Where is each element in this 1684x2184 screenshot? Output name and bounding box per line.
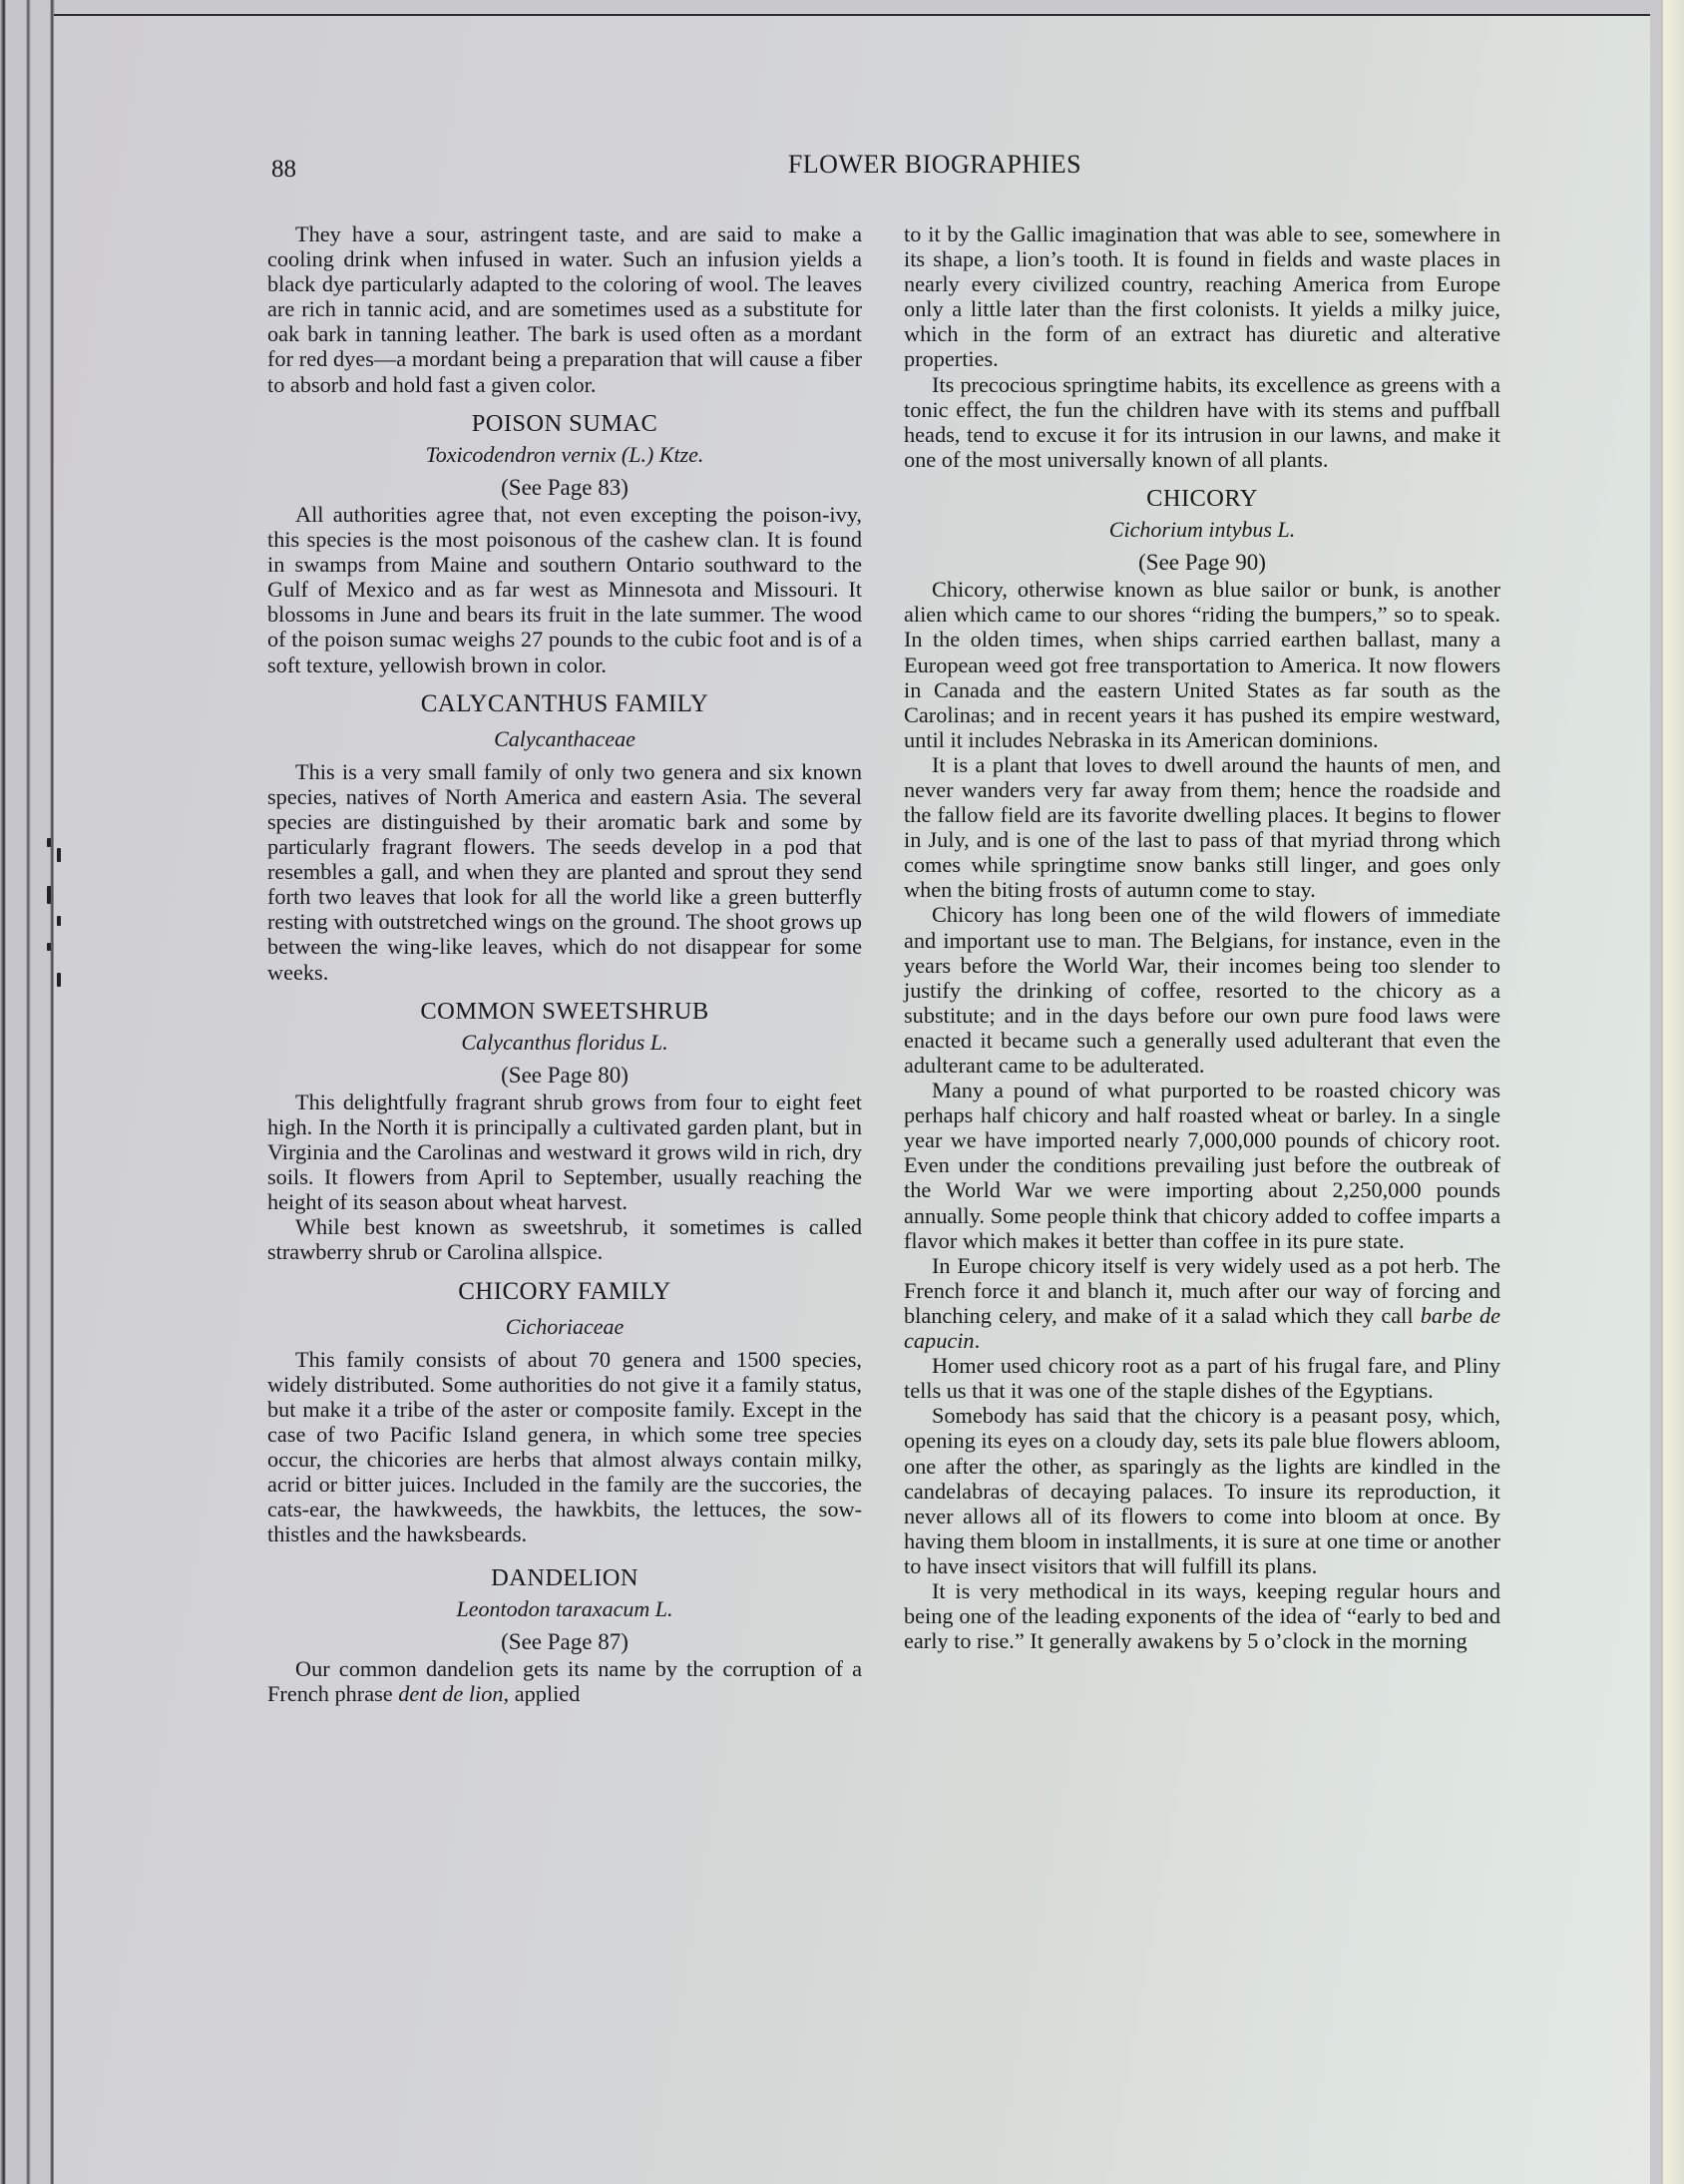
paragraph: While best known as sweetshrub, it somet…: [267, 1214, 862, 1264]
ink-speck: [57, 916, 61, 926]
ink-speck: [57, 973, 61, 987]
see-page-reference: (See Page 87): [267, 1629, 862, 1654]
paragraph: Chicory has long been one of the wild fl…: [904, 902, 1500, 1078]
paragraph: Chicory, otherwise known as blue sailor …: [904, 577, 1500, 752]
paragraph: Our common dandelion gets its name by th…: [267, 1656, 862, 1706]
left-column: They have a sour, astringent taste, and …: [267, 221, 862, 1706]
paragraph: All authorities agree that, not even exc…: [267, 502, 862, 677]
section-heading: COMMON SWEETSHRUB: [267, 999, 862, 1024]
ink-speck: [57, 848, 61, 862]
text-run: .: [975, 1328, 981, 1353]
section-calycanthus-family: CALYCANTHUS FAMILY Calycanthaceae This i…: [267, 691, 862, 985]
italic-phrase: dent de lion: [398, 1681, 503, 1706]
right-column: to it by the Gallic imagination that was…: [904, 221, 1500, 1653]
family-heading: CHICORY FAMILY: [267, 1279, 862, 1304]
ink-speck: [47, 838, 51, 847]
paragraph: This is a very small family of only two …: [267, 759, 862, 985]
ink-speck: [47, 943, 51, 951]
section-chicory-family: CHICORY FAMILY Cichoriaceae This family …: [267, 1279, 862, 1547]
ink-speck: [47, 886, 51, 904]
paragraph-continued: to it by the Gallic imagination that was…: [904, 221, 1500, 372]
see-page-reference: (See Page 83): [267, 475, 862, 500]
paragraph: In Europe chicory itself is very widely …: [904, 1253, 1500, 1353]
paragraph: It is a plant that loves to dwell around…: [904, 752, 1500, 903]
paragraph: Somebody has said that the chicory is a …: [904, 1403, 1500, 1578]
book-title: FLOWER BIOGRAPHIES: [271, 150, 1508, 180]
paragraph: This delightfully fragrant shrub grows f…: [267, 1090, 862, 1214]
section-poison-sumac: POISON SUMAC Toxicodendron vernix (L.) K…: [267, 411, 862, 677]
scientific-name: Cichorium intybus L.: [904, 517, 1500, 542]
paragraph: This family consists of about 70 genera …: [267, 1347, 862, 1547]
family-heading: CALYCANTHUS FAMILY: [267, 691, 862, 716]
paragraph: It is very methodical in its ways, keepi…: [904, 1578, 1500, 1653]
see-page-reference: (See Page 80): [267, 1063, 862, 1088]
paragraph: Homer used chicory root as a part of his…: [904, 1353, 1500, 1403]
section-heading: POISON SUMAC: [267, 411, 862, 436]
scientific-name: Calycanthaceae: [267, 726, 862, 751]
stacked-page-edges: [0, 0, 56, 2184]
text-run: In Europe chicory itself is very widely …: [904, 1253, 1500, 1328]
paragraph: Its precocious springtime habits, its ex…: [904, 372, 1500, 472]
facing-page-edge: [1661, 0, 1684, 2184]
scientific-name: Toxicodendron vernix (L.) Ktze.: [267, 442, 862, 467]
see-page-reference: (See Page 90): [904, 550, 1500, 575]
running-head: 88 FLOWER BIOGRAPHIES: [271, 150, 1508, 190]
text-run: , applied: [504, 1681, 581, 1706]
scientific-name: Leontodon taraxacum L.: [267, 1596, 862, 1621]
section-common-sweetshrub: COMMON SWEETSHRUB Calycanthus floridus L…: [267, 999, 862, 1265]
section-heading: CHICORY: [904, 486, 1500, 511]
section-dandelion: DANDELION Leontodon taraxacum L. (See Pa…: [267, 1565, 862, 1706]
section-chicory: CHICORY Cichorium intybus L. (See Page 9…: [904, 486, 1500, 1653]
scientific-name: Calycanthus floridus L.: [267, 1030, 862, 1055]
section-heading: DANDELION: [267, 1565, 862, 1590]
scientific-name: Cichoriaceae: [267, 1314, 862, 1339]
paragraph: Many a pound of what purported to be roa…: [904, 1078, 1500, 1253]
intro-paragraph: They have a sour, astringent taste, and …: [267, 221, 862, 397]
